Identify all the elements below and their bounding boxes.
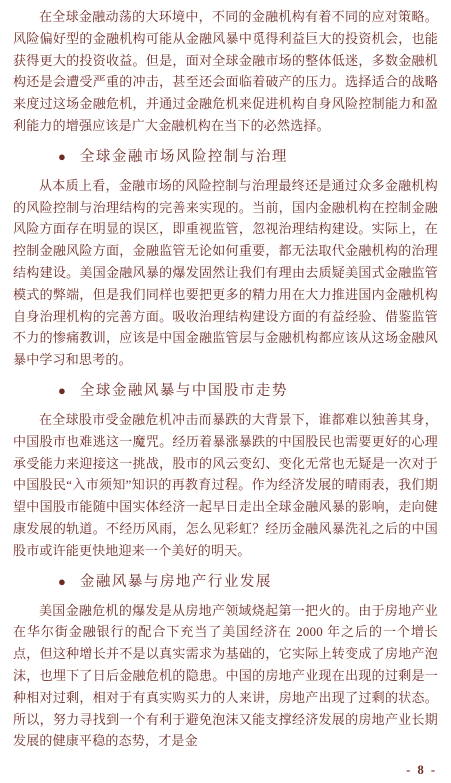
section-heading-real-estate: ● 金融风暴与房地产行业发展 <box>58 572 438 592</box>
bullet-icon: ● <box>58 572 66 592</box>
section-heading-label: 全球金融风暴与中国股市走势 <box>80 381 288 401</box>
section-heading-label: 全球金融市场风险控制与治理 <box>80 147 288 167</box>
paragraph-risk-control: 从本质上看，金融市场的风险控制与治理最终还是通过众多金融机构的风险控制与治理结构… <box>13 175 438 371</box>
document-page: 在全球金融动荡的大环境中，不同的金融机构有着不同的应对策略。风险偏好型的金融机构… <box>0 0 451 783</box>
section-heading-risk-control: ● 全球金融市场风险控制与治理 <box>58 147 438 167</box>
page-number: - 8 - <box>406 763 437 778</box>
paragraph-intro: 在全球金融动荡的大环境中，不同的金融机构有着不同的应对策略。风险偏好型的金融机构… <box>13 6 438 137</box>
paragraph-real-estate: 美国金融危机的爆发是从房地产领域烧起第一把火的。由于房地产业在华尔街金融银行的配… <box>13 600 438 753</box>
section-heading-stock-market: ● 全球金融风暴与中国股市走势 <box>58 381 438 401</box>
bullet-icon: ● <box>58 147 66 167</box>
bullet-icon: ● <box>58 381 66 401</box>
paragraph-stock-market: 在全球股市受金融危机冲击而暴跌的大背景下，谁都难以独善其身，中国股市也难逃这一魔… <box>13 409 438 562</box>
section-heading-label: 金融风暴与房地产行业发展 <box>80 572 272 592</box>
